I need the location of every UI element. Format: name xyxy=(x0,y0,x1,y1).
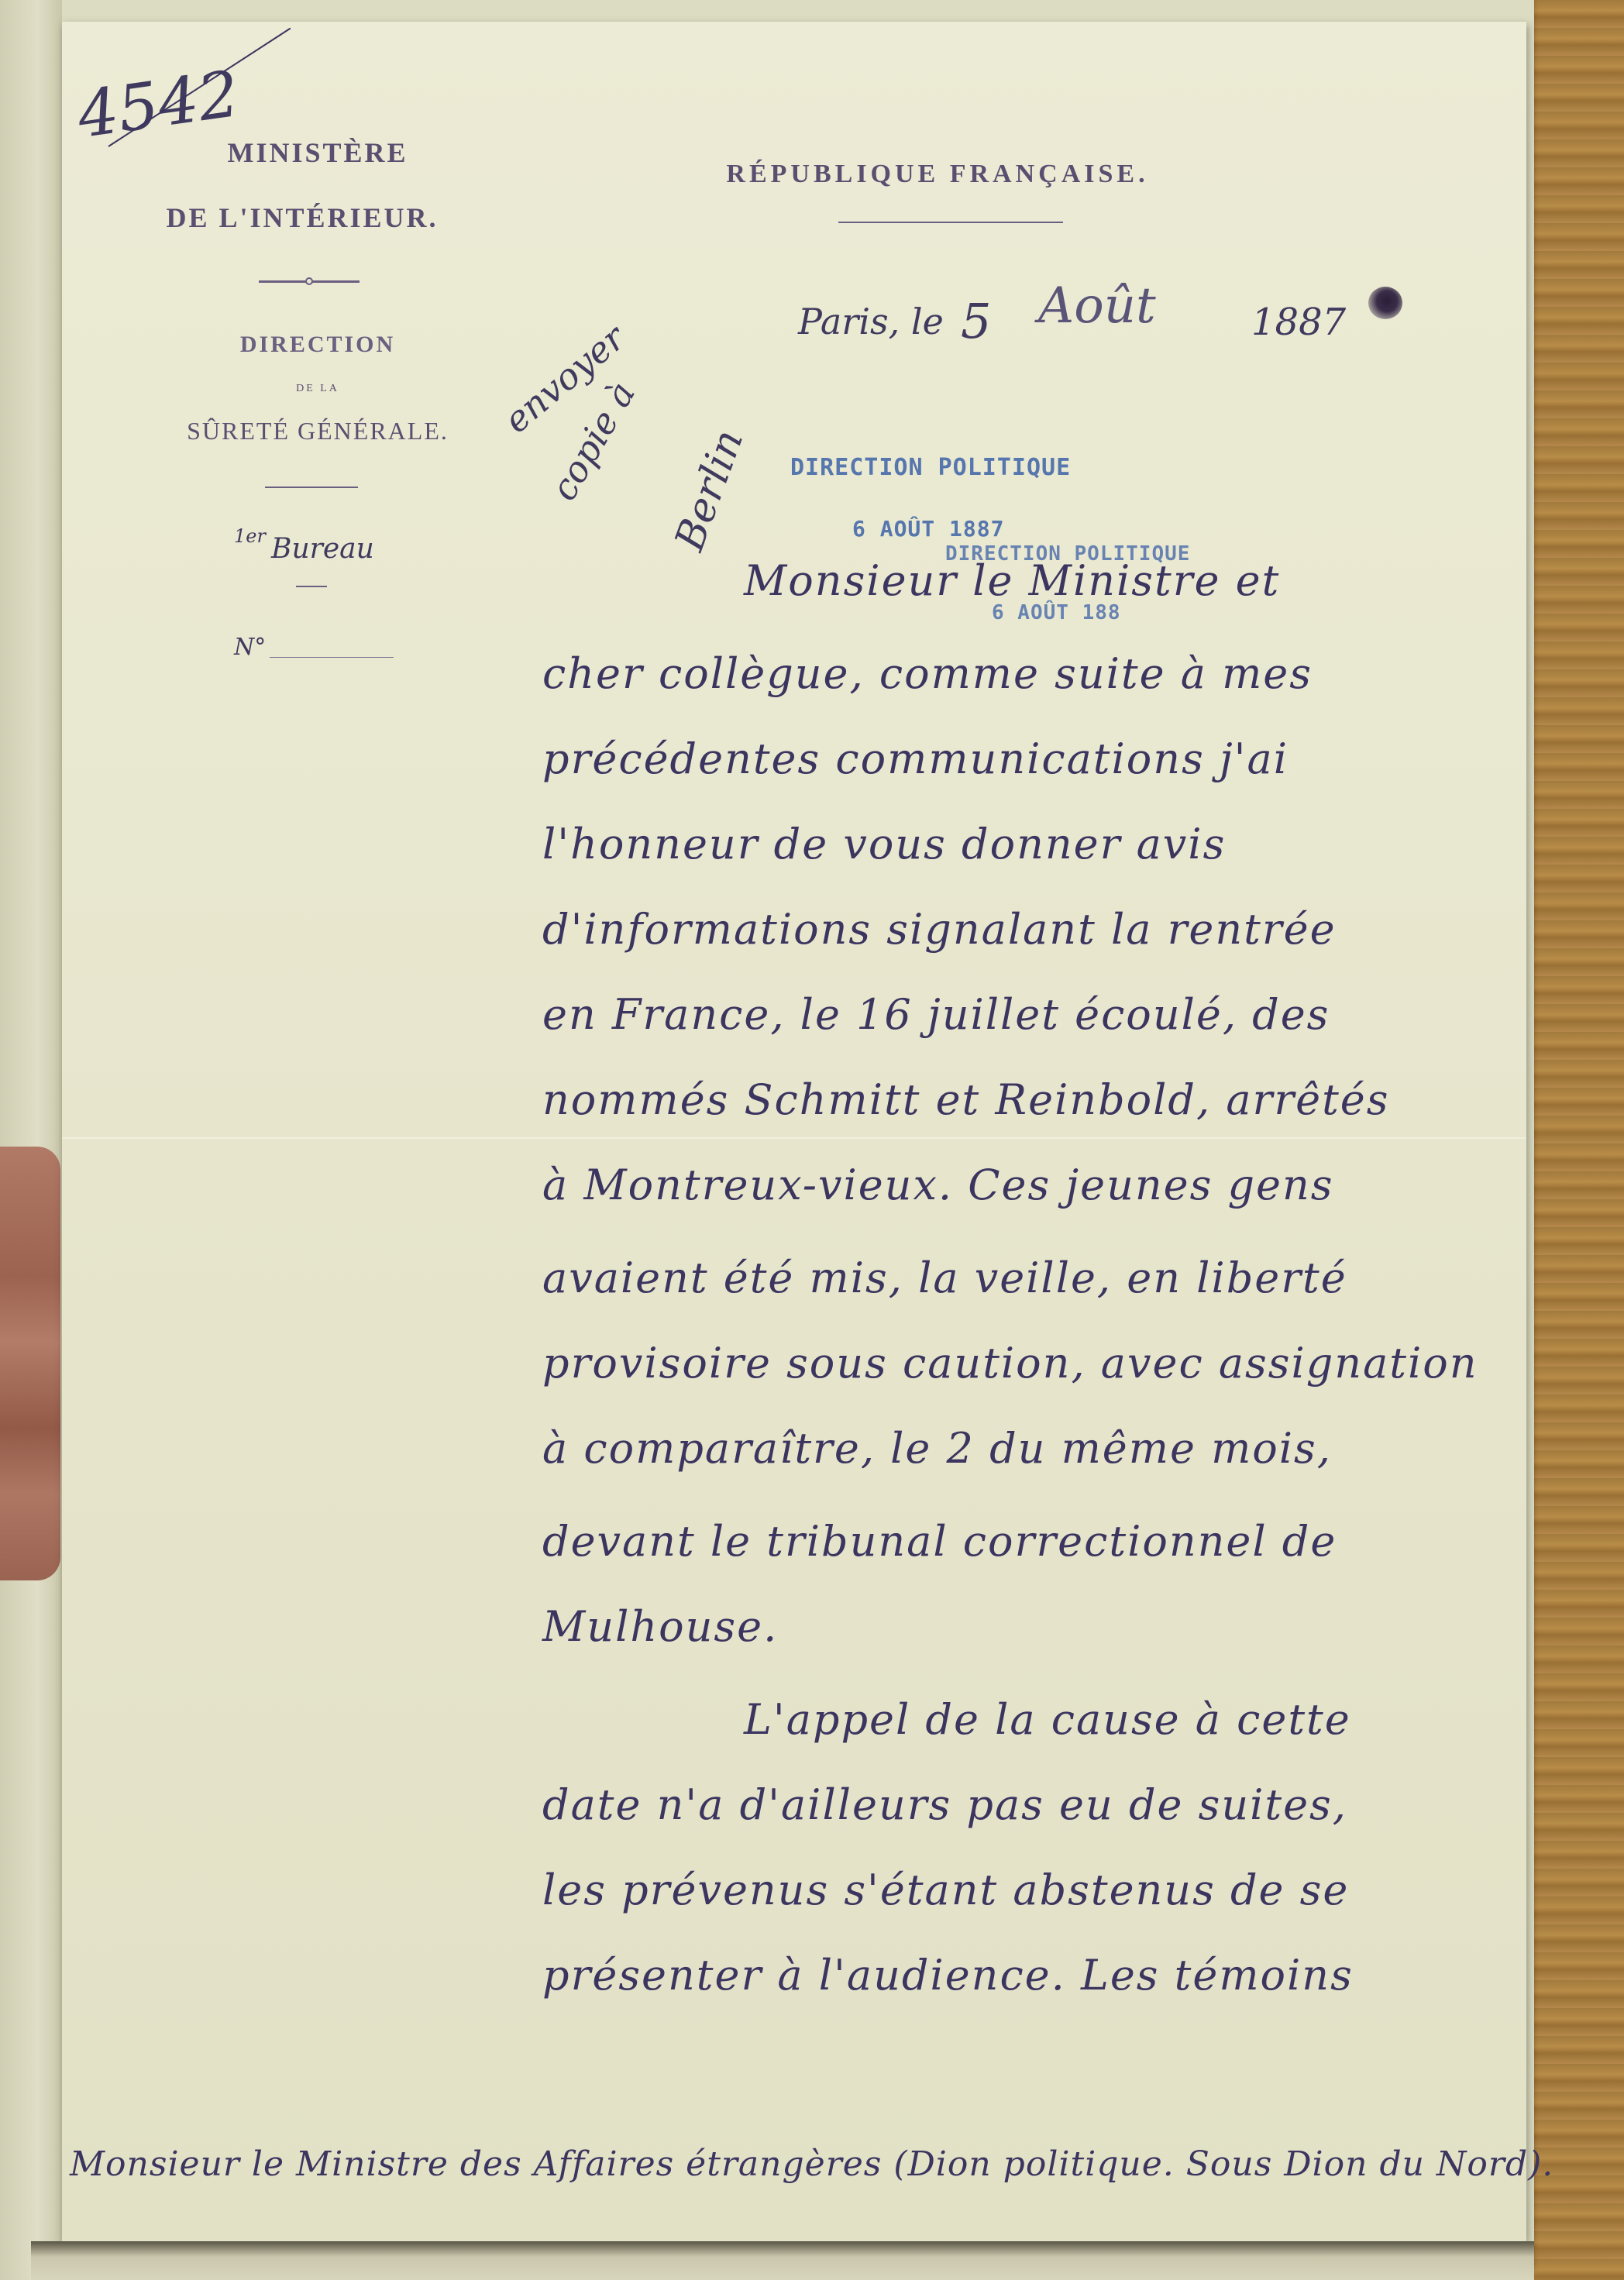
body-line: à Montreux-vieux. Ces jeunes gens xyxy=(542,1161,1334,1209)
de-la-label: DE LA xyxy=(271,383,364,395)
body-line: provisoire sous caution, avec assignatio… xyxy=(542,1339,1478,1388)
body-line: Mulhouse. xyxy=(542,1602,778,1651)
bureau-number: 1er xyxy=(234,525,266,547)
letter-page: 4542 MINISTÈRE DE L'INTÉRIEUR. DIRECTION… xyxy=(62,22,1526,2241)
body-line: Monsieur le Ministre et xyxy=(744,556,1280,605)
body-line: précédentes communications j'ai xyxy=(542,734,1289,783)
date-place: Paris, le xyxy=(798,301,944,342)
direction-label: DIRECTION xyxy=(194,332,442,358)
stamp-date: 6 AOÛT 1887 xyxy=(852,516,1004,542)
body-line: avaient été mis, la veille, en liberté xyxy=(542,1253,1347,1302)
body-line: date n'a d'ailleurs pas eu de suites, xyxy=(542,1780,1347,1829)
margin-note-line3: Berlin xyxy=(666,424,752,556)
body-line: en France, le 16 juillet écoulé, des xyxy=(542,990,1330,1039)
body-line: présenter à l'audience. Les témoins xyxy=(542,1951,1354,2000)
body-line: à comparaître, le 2 du même mois, xyxy=(542,1424,1332,1473)
body-line: l'honneur de vous donner avis xyxy=(542,820,1226,868)
body-line: L'appel de la cause à cette xyxy=(744,1695,1351,1744)
paper-fold xyxy=(62,1137,1526,1139)
stamp-title: DIRECTION POLITIQUE xyxy=(790,454,1071,481)
body-line: devant le tribunal correctionnel de xyxy=(542,1517,1337,1566)
ornament-divider xyxy=(259,280,360,283)
ministry-line2: DE L'INTÉRIEUR. xyxy=(132,201,473,234)
surete-generale-label: SÛRETÉ GÉNÉRALE. xyxy=(163,417,473,445)
ornament-divider xyxy=(838,222,1063,223)
addressee-line: Monsieur le Ministre des Affaires étrang… xyxy=(70,2144,1553,2184)
stacked-sheets-edge xyxy=(31,2241,1534,2280)
short-rule xyxy=(296,586,327,587)
body-line: les prévenus s'étant abstenus de se xyxy=(542,1866,1349,1914)
holding-fingers xyxy=(0,1147,60,1580)
date-month: Août xyxy=(1038,277,1156,335)
number-field-line xyxy=(270,657,394,658)
ornament-divider xyxy=(265,487,358,488)
body-line: nommés Schmitt et Reinbold, arrêtés xyxy=(542,1075,1389,1124)
body-line: cher collègue, comme suite à mes xyxy=(542,649,1313,698)
date-year: 1887 xyxy=(1251,301,1346,344)
ink-blot xyxy=(1368,287,1402,319)
bureau-label: Bureau xyxy=(271,533,374,565)
number-label: N° xyxy=(234,634,266,661)
body-line: d'informations signalant la rentrée xyxy=(542,905,1337,954)
ministry-line1: MINISTÈRE xyxy=(194,136,442,169)
folder-edge xyxy=(0,0,62,2280)
republic-header: RÉPUBLIQUE FRANÇAISE. xyxy=(666,160,1209,189)
date-day: 5 xyxy=(961,293,991,349)
